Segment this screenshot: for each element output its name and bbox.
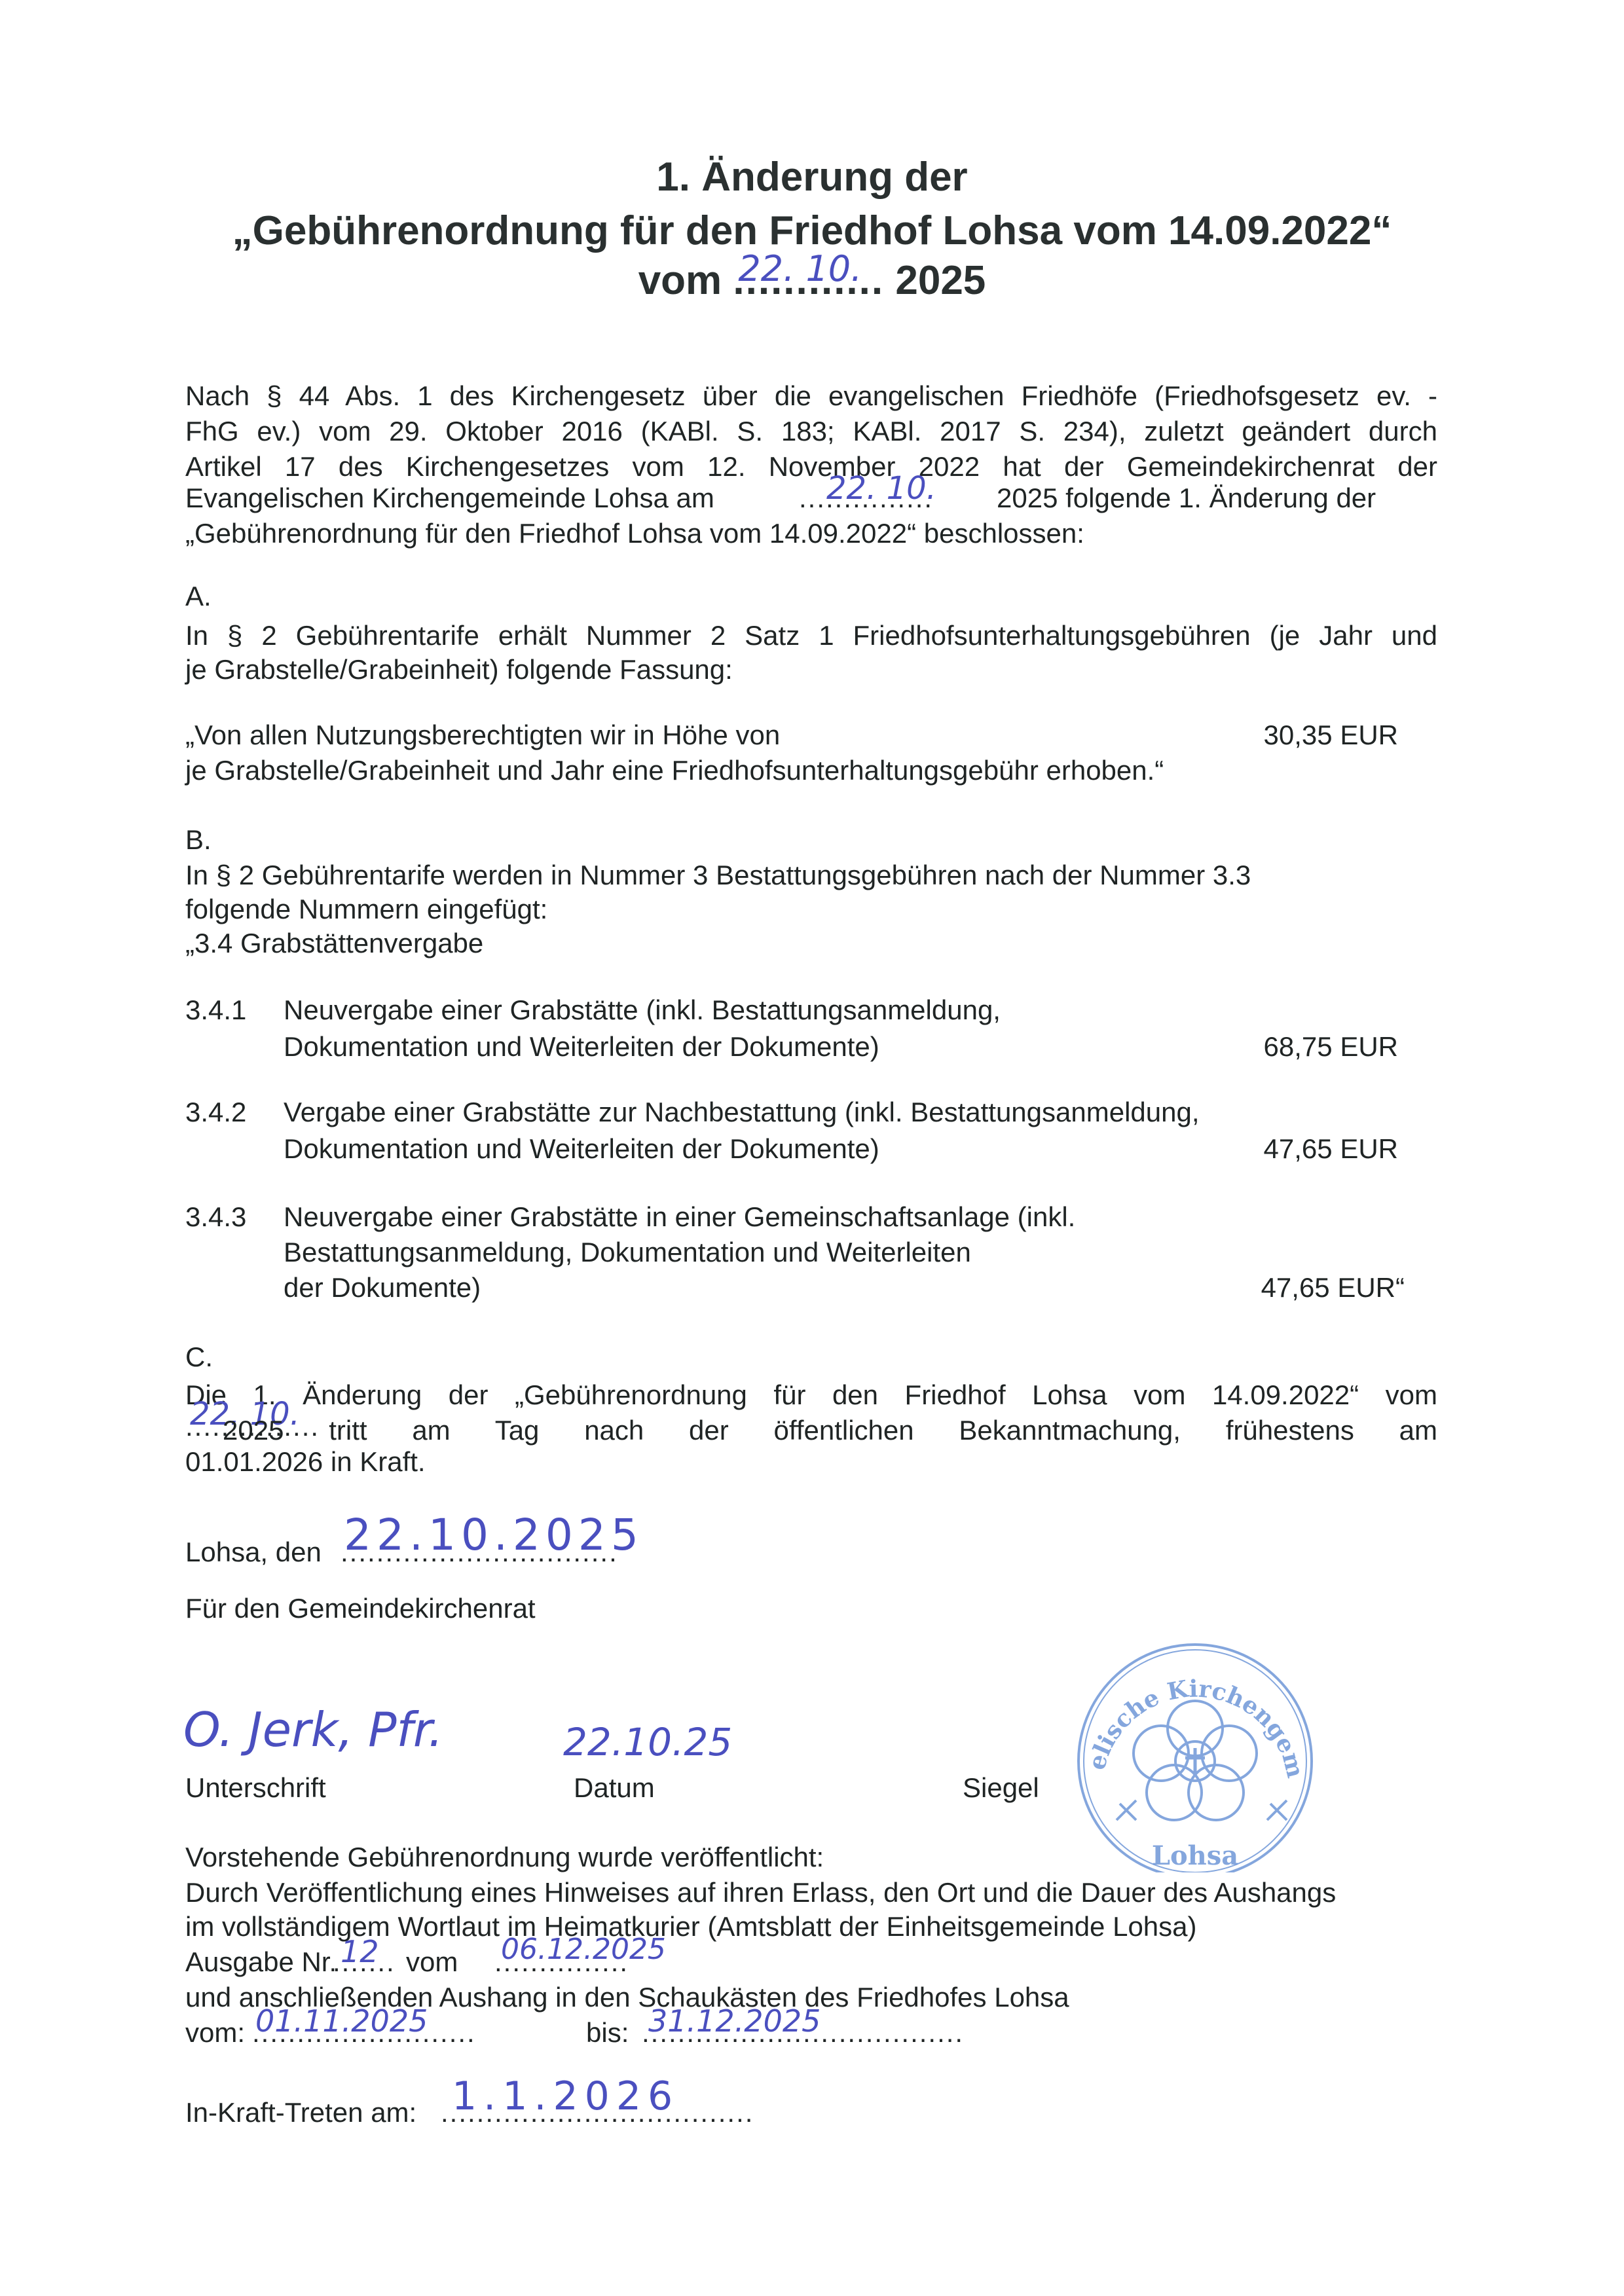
title-year: 2025	[895, 258, 986, 303]
section-b-label: B.	[185, 826, 212, 854]
svg-text:Lohsa: Lohsa	[1152, 1840, 1238, 1871]
date-label: Datum	[574, 1774, 655, 1802]
effective-handwritten-date: 1.1.2026	[452, 2077, 679, 2116]
place-handwritten-date: 22.10.2025	[344, 1514, 644, 1557]
effective-label: In-Kraft-Treten am:	[185, 2099, 416, 2126]
issue-number-handwritten: 12	[341, 1937, 379, 1967]
posting-from-label: vom:	[185, 2019, 245, 2047]
title-vom: vom	[638, 258, 722, 303]
issue-date-handwritten: 06.12.2025	[501, 1935, 666, 1964]
issue-label: Ausgabe Nr.	[185, 1948, 337, 1976]
tariff-item-amount: 47,65 EUR	[1202, 1135, 1398, 1163]
section-a-quote-line1: „Von allen Nutzungsberechtigten wir in H…	[185, 721, 780, 749]
preamble-line2: FhG ev.) vom 29. Oktober 2016 (KABl. S. …	[185, 414, 1437, 449]
preamble-line4-prefix: Evangelischen Kirchengemeinde Lohsa am	[185, 484, 714, 512]
section-a-line1: In § 2 Gebührentarife erhält Nummer 2 Sa…	[185, 618, 1437, 653]
section-a-quote-line2: je Grabstelle/Grabeinheit und Jahr eine …	[185, 757, 1164, 784]
tariff-item-description: Dokumentation und Weiterleiten der Dokum…	[284, 1033, 879, 1061]
place-label: Lohsa, den	[185, 1539, 322, 1566]
seal-label: Siegel	[963, 1774, 1039, 1802]
preamble-line4-suffix: 2025 folgende 1. Änderung der	[997, 484, 1376, 512]
tariff-item-description: Neuvergabe einer Grabstätte in einer Gem…	[284, 1203, 1075, 1231]
section-a-label: A.	[185, 583, 212, 610]
title-handwritten-date: 22. 10.	[738, 251, 862, 287]
section-c-line3: 01.01.2026 in Kraft.	[185, 1448, 426, 1476]
council-label: Für den Gemeindekirchenrat	[185, 1595, 536, 1622]
section-b-line2: folgende Nummern eingefügt:	[185, 896, 547, 923]
signature-date-handwritten: 22.10.25	[563, 1723, 732, 1761]
tariff-item-number: 3.4.1	[185, 996, 246, 1024]
section-b-line1: In § 2 Gebührentarife werden in Nummer 3…	[185, 862, 1251, 889]
tariff-item-description: Neuvergabe einer Grabstätte (inkl. Besta…	[284, 996, 1001, 1024]
document-title-line2: „Gebührenordnung für den Friedhof Lohsa …	[0, 211, 1624, 251]
tariff-item-description: Bestattungsanmeldung, Dokumentation und …	[284, 1239, 971, 1266]
section-a-line2: je Grabstelle/Grabeinheit) folgende Fass…	[185, 656, 733, 683]
tariff-item-amount: 47,65 EUR“	[1208, 1274, 1405, 1302]
tariff-item-description: der Dokumente)	[284, 1274, 481, 1302]
signature-handwritten: O. Jerk, Pfr.	[183, 1706, 443, 1753]
publication-line3: im vollständigem Wortlaut im Heimatkurie…	[185, 1913, 1197, 1941]
tariff-item-amount: 68,75 EUR	[1202, 1033, 1398, 1061]
preamble-line1: Nach § 44 Abs. 1 des Kirchengesetz über …	[185, 378, 1437, 414]
posting-from-handwritten: 01.11.2025	[255, 2006, 428, 2036]
preamble-line5: „Gebührenordnung für den Friedhof Lohsa …	[185, 520, 1084, 547]
section-c-line2: 2025 tritt am Tag nach der öffentlichen …	[223, 1413, 1437, 1448]
section-c-line1: Die 1. Änderung der „Gebührenordnung für…	[185, 1377, 1437, 1413]
section-b-heading: „3.4 Grabstättenvergabe	[185, 930, 483, 957]
section-c-label: C.	[185, 1343, 213, 1371]
document-title-line1: 1. Änderung der	[0, 157, 1624, 198]
posting-to-handwritten: 31.12.2025	[648, 2006, 821, 2036]
section-a-amount: 30,35 EUR	[1202, 721, 1398, 749]
preamble-handwritten-date: 22. 10.	[826, 473, 936, 504]
issue-date-label: vom	[406, 1948, 458, 1976]
tariff-item-number: 3.4.3	[185, 1203, 246, 1231]
seal-icon: Evangelische Kirchengemeinde Lohsa	[1058, 1624, 1333, 1872]
tariff-item-description: Vergabe einer Grabstätte zur Nachbestatt…	[284, 1099, 1200, 1126]
preamble-line3: Artikel 17 des Kirchengesetzes vom 12. N…	[185, 449, 1437, 484]
tariff-item-number: 3.4.2	[185, 1099, 246, 1126]
publication-line1: Vorstehende Gebührenordnung wurde veröff…	[185, 1844, 824, 1871]
church-seal-stamp: Evangelische Kirchengemeinde Lohsa	[1058, 1624, 1333, 1872]
publication-line2: Durch Veröffentlichung eines Hinweises a…	[185, 1879, 1336, 1906]
tariff-item-description: Dokumentation und Weiterleiten der Dokum…	[284, 1135, 879, 1163]
posting-to-label: bis:	[586, 2019, 629, 2047]
signature-label: Unterschrift	[185, 1774, 326, 1802]
document-title-line3: vom ............ 22. 10. 2025	[0, 261, 1624, 301]
